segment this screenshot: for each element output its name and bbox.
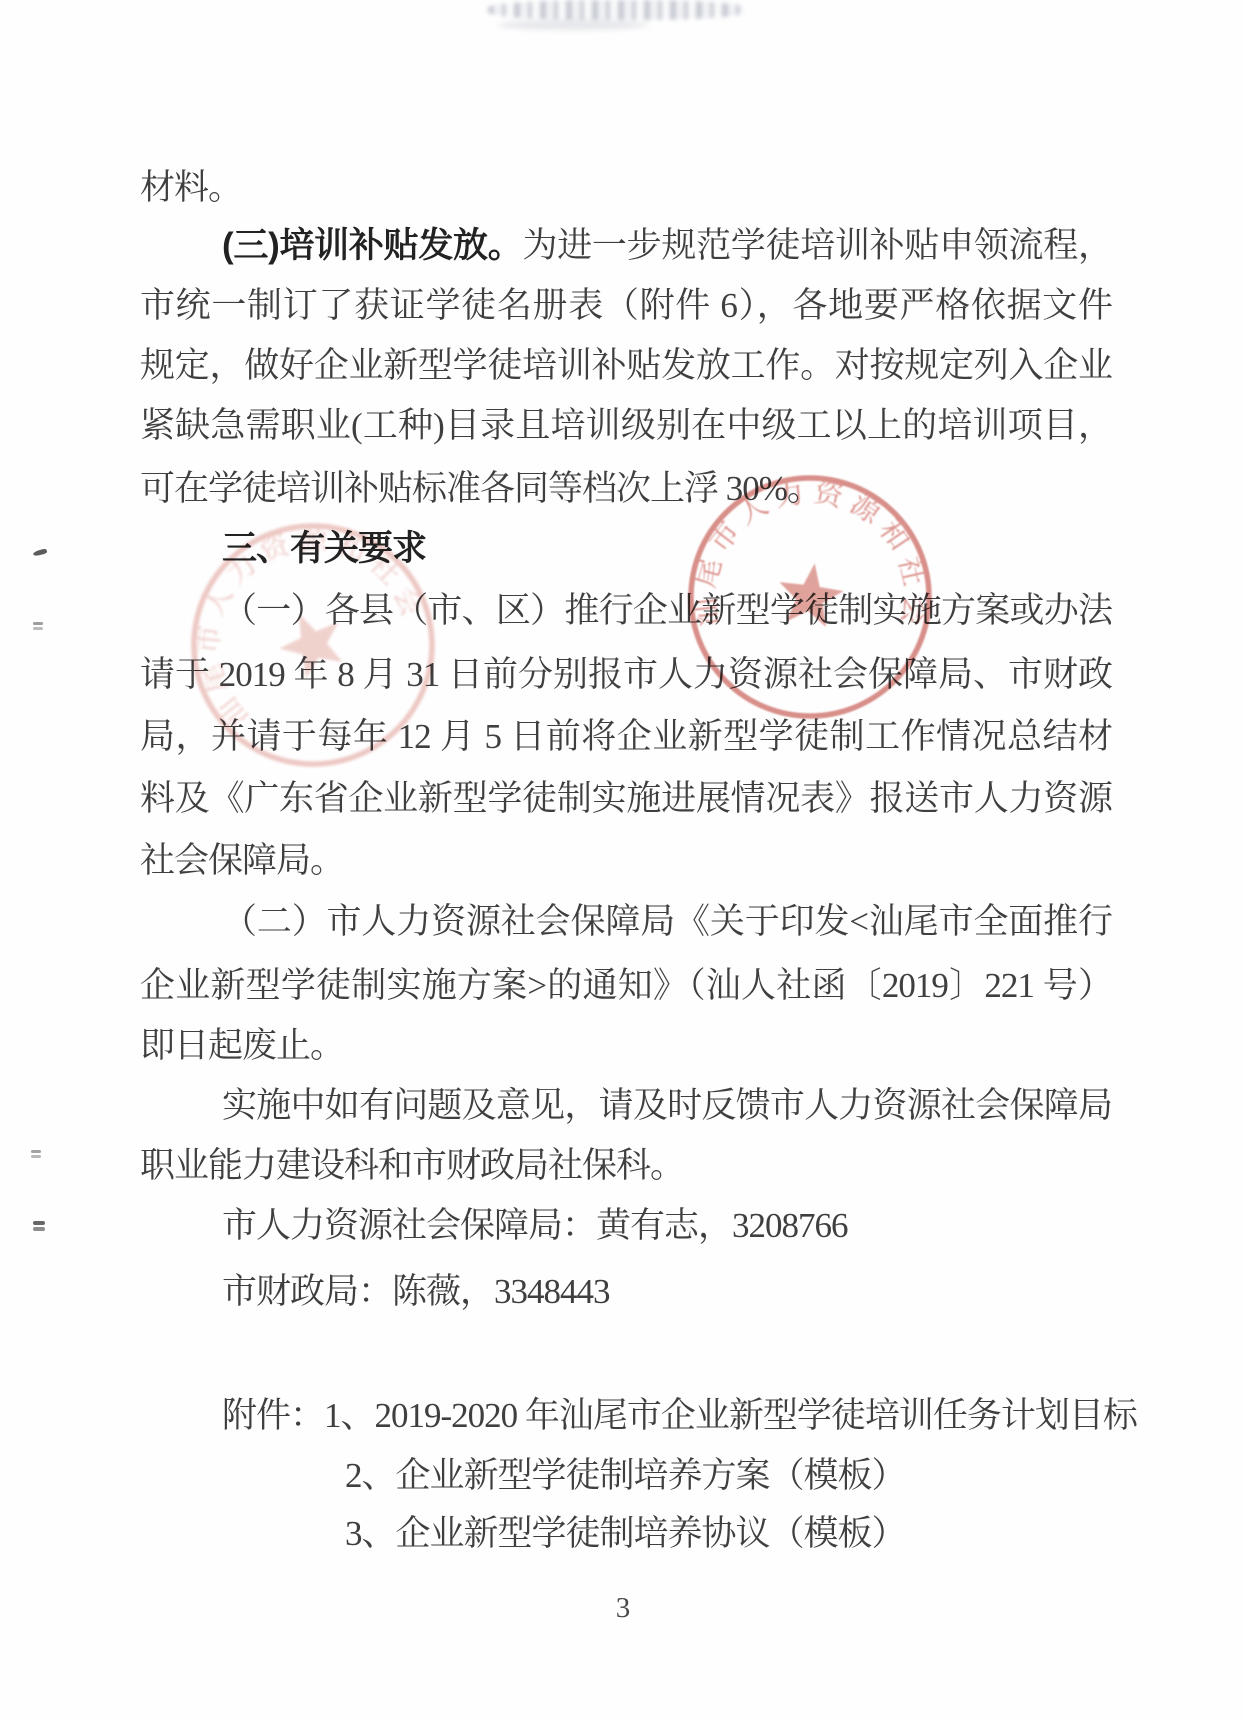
scan-artifact bbox=[33, 548, 48, 557]
document-line: 附件：1、2019-2020 年汕尾市企业新型学徒培训任务计划目标 bbox=[140, 1391, 1112, 1441]
document-line: 实施中如有问题及意见，请及时反馈市人力资源社会保障局 bbox=[140, 1081, 1112, 1131]
body-text: （二）市人力资源社会保障局《关于印发<汕尾市全面推行 bbox=[222, 902, 1112, 941]
body-text: 3、企业新型学徒制培养协议（模板） bbox=[345, 1514, 906, 1553]
body-text: 局，并请于每年 12 月 5 日前将企业新型学徒制工作情况总结材 bbox=[140, 717, 1112, 756]
document-line: 市统一制订了获证学徒名册表（附件 6），各地要严格依据文件 bbox=[140, 281, 1112, 331]
body-text: （一）各县（市、区）推行企业新型学徒制实施方案或办法 bbox=[222, 591, 1112, 630]
body-text: 市财政局：陈薇，3348443 bbox=[222, 1272, 610, 1311]
document-line: 局，并请于每年 12 月 5 日前将企业新型学徒制工作情况总结材 bbox=[140, 712, 1112, 762]
document-line: （一）各县（市、区）推行企业新型学徒制实施方案或办法 bbox=[140, 586, 1112, 636]
scan-smudge bbox=[488, 0, 746, 20]
scan-artifact bbox=[33, 622, 43, 625]
body-text: 市人力资源社会保障局：黄有志，3208766 bbox=[222, 1206, 848, 1245]
body-text: 实施中如有问题及意见，请及时反馈市人力资源社会保障局 bbox=[222, 1086, 1112, 1125]
document-line: 三、有关要求 bbox=[140, 524, 1112, 574]
body-text: 材料。 bbox=[140, 168, 242, 207]
document-line: 料及《广东省企业新型学徒制实施进展情况表》报送市人力资源 bbox=[140, 774, 1112, 824]
body-text: 为进一步规范学徒培训补贴申领流程， bbox=[523, 226, 1113, 265]
body-text: 企业新型学徒制实施方案>的通知》（汕人社函〔2019〕221 号） bbox=[140, 966, 1112, 1005]
scan-smudge bbox=[498, 20, 648, 30]
seal-graphic: 汕尾市人力资源和社会保障局 bbox=[134, 466, 492, 824]
document-line: 材料。 bbox=[140, 163, 1112, 213]
document-line: 紧缺急需职业(工种)目录且培训级别在中级工以上的培训项目， bbox=[140, 401, 1112, 451]
heading-text: 三、有关要求 bbox=[222, 529, 426, 568]
body-text: 市统一制订了获证学徒名册表（附件 6），各地要严格依据文件 bbox=[140, 286, 1112, 325]
document-page: 材料。(三)培训补贴发放。为进一步规范学徒培训补贴申领流程，市统一制订了获证学徒… bbox=[0, 0, 1244, 1719]
heading-text: (三)培训补贴发放。 bbox=[222, 226, 523, 265]
body-text: 2、企业新型学徒制培养方案（模板） bbox=[345, 1456, 906, 1495]
scan-artifact bbox=[33, 1221, 45, 1225]
body-text: 职业能力建设科和市财政局社保科。 bbox=[140, 1146, 684, 1185]
document-line: 请于 2019 年 8 月 31 日前分别报市人力资源社会保障局、市财政 bbox=[140, 650, 1112, 700]
scan-artifact bbox=[31, 1150, 41, 1153]
document-line: 2、企业新型学徒制培养方案（模板） bbox=[140, 1451, 1112, 1501]
document-line: (三)培训补贴发放。为进一步规范学徒培训补贴申领流程， bbox=[140, 221, 1112, 271]
body-text: 请于 2019 年 8 月 31 日前分别报市人力资源社会保障局、市财政 bbox=[140, 655, 1112, 694]
body-text: 规定，做好企业新型学徒培训补贴发放工作。对按规定列入企业 bbox=[140, 346, 1112, 385]
body-text: 附件：1、2019-2020 年汕尾市企业新型学徒培训任务计划目标 bbox=[222, 1396, 1137, 1435]
document-line: 社会保障局。 bbox=[140, 836, 1112, 886]
body-text: 可在学徒培训补贴标准各同等档次上浮 30%。 bbox=[140, 469, 821, 508]
document-line: （二）市人力资源社会保障局《关于印发<汕尾市全面推行 bbox=[140, 897, 1112, 947]
document-line: 规定，做好企业新型学徒培训补贴发放工作。对按规定列入企业 bbox=[140, 341, 1112, 391]
document-line: 3、企业新型学徒制培养协议（模板） bbox=[140, 1509, 1112, 1559]
body-text: 料及《广东省企业新型学徒制实施进展情况表》报送市人力资源 bbox=[140, 779, 1112, 818]
page-number: 3 bbox=[598, 1588, 648, 1628]
document-line: 可在学徒培训补贴标准各同等档次上浮 30%。 bbox=[140, 464, 1112, 514]
official-seal-left: 汕尾市人力资源和社会保障局 bbox=[134, 466, 492, 824]
body-text: 社会保障局。 bbox=[140, 841, 344, 880]
body-text: 紧缺急需职业(工种)目录且培训级别在中级工以上的培训项目， bbox=[140, 406, 1112, 445]
document-line: 职业能力建设科和市财政局社保科。 bbox=[140, 1141, 1112, 1191]
body-text: 即日起废止。 bbox=[140, 1026, 344, 1065]
document-line: 企业新型学徒制实施方案>的通知》（汕人社函〔2019〕221 号） bbox=[140, 961, 1112, 1011]
document-line: 即日起废止。 bbox=[140, 1021, 1112, 1071]
document-line: 市财政局：陈薇，3348443 bbox=[140, 1267, 1112, 1317]
document-line: 市人力资源社会保障局：黄有志，3208766 bbox=[140, 1201, 1112, 1251]
